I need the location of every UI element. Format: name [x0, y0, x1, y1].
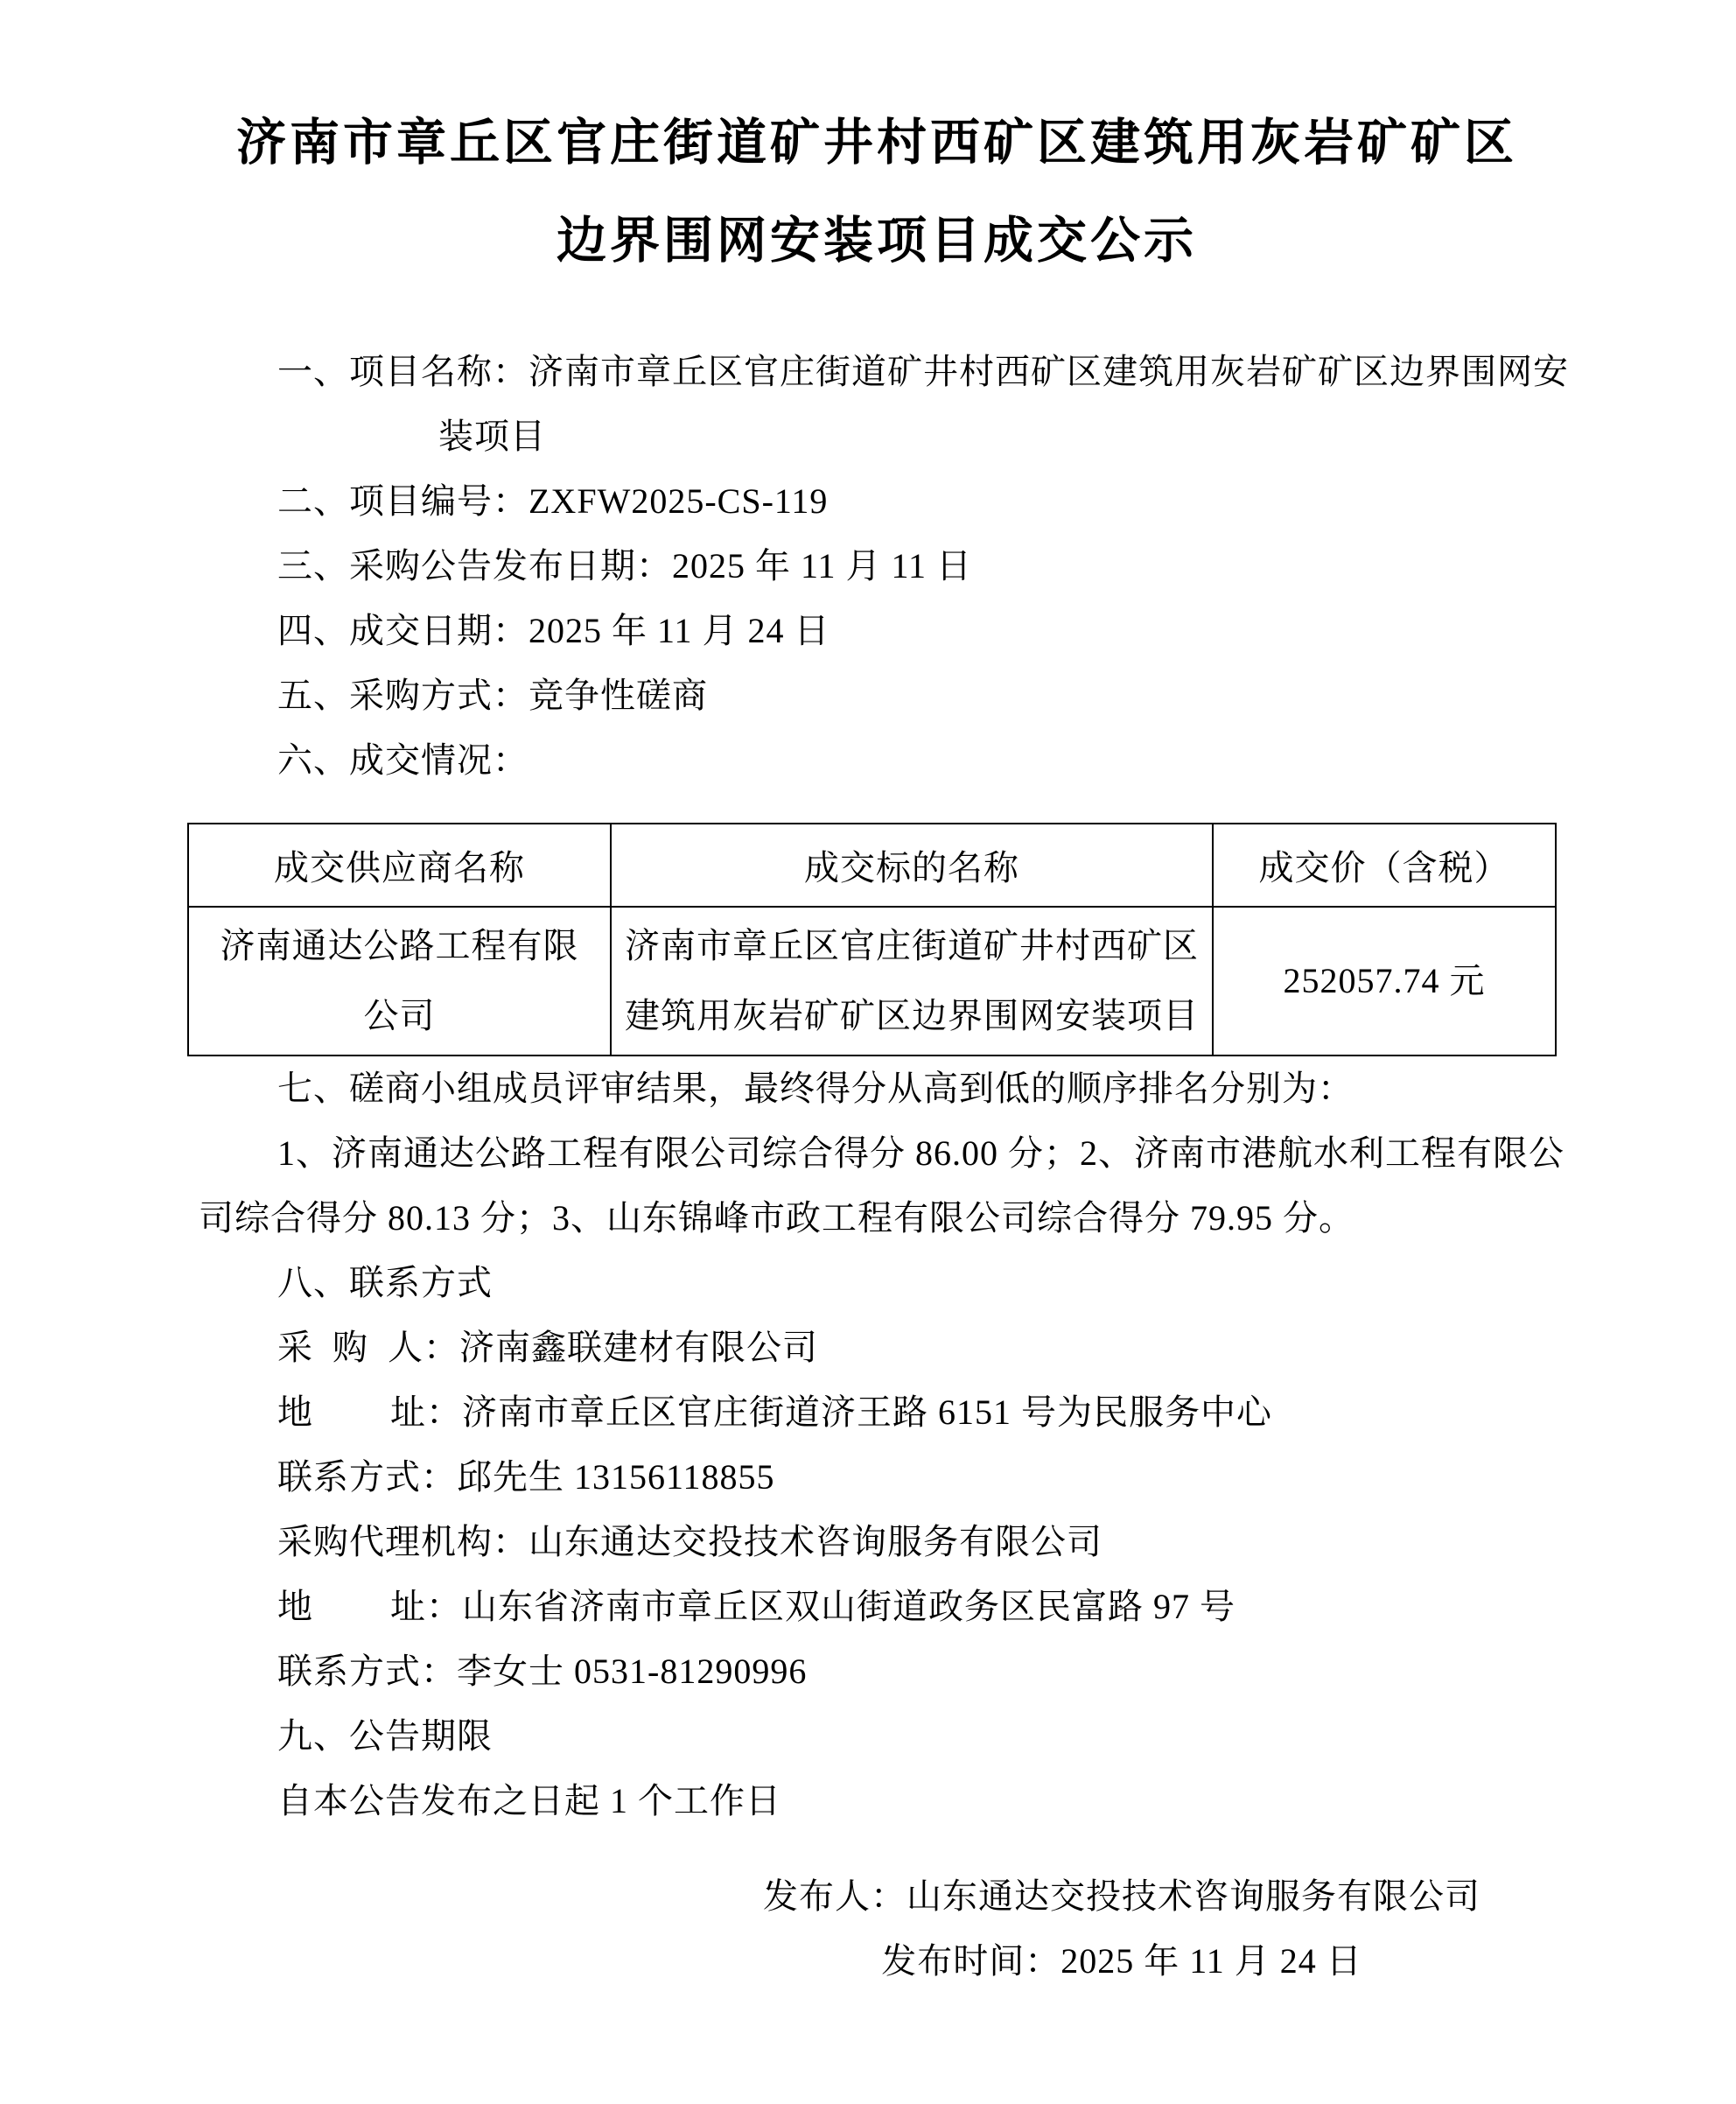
score-ranking-line-1: 1、济南通达公路工程有限公司综合得分 86.00 分；2、济南市港航水利工程有限…	[199, 1121, 1555, 1186]
table-header-supplier: 成交供应商名称	[188, 824, 611, 907]
notice-period-heading: 九、公告期限	[199, 1704, 1555, 1769]
supplier-cell: 济南通达公路工程有限 公司	[188, 907, 611, 1056]
publisher-line: 发布人：山东通达交投技术咨询服务有限公司	[684, 1864, 1559, 1929]
score-ranking-line-2: 司综合得分 80.13 分；3、山东锦峰市政工程有限公司综合得分 79.95 分…	[199, 1186, 1555, 1251]
deal-table-header-row: 成交供应商名称 成交标的名称 成交价（含税）	[188, 824, 1556, 907]
document-title: 济南市章丘区官庄街道矿井村西矿区建筑用灰岩矿矿区 边界围网安装项目成交公示	[199, 95, 1555, 291]
subject-cell: 济南市章丘区官庄街道矿井村西矿区 建筑用灰岩矿矿区边界围网安装项目	[611, 907, 1213, 1056]
deal-table: 成交供应商名称 成交标的名称 成交价（含税） 济南通达公路工程有限 公司 济南市…	[187, 823, 1557, 1056]
table-header-subject: 成交标的名称	[611, 824, 1213, 907]
footer-block: 发布人：山东通达交投技术咨询服务有限公司 发布时间：2025 年 11 月 24…	[684, 1864, 1559, 1994]
body-section-bottom: 七、磋商小组成员评审结果，最终得分从高到低的顺序排名分别为： 1、济南通达公路工…	[199, 1056, 1555, 1834]
document-title-line-1: 济南市章丘区官庄街道矿井村西矿区建筑用灰岩矿矿区	[199, 95, 1555, 193]
document-page: 济南市章丘区官庄街道矿井村西矿区建筑用灰岩矿矿区 边界围网安装项目成交公示 一、…	[0, 0, 1736, 2104]
purchaser-line: 采 购 人：济南鑫联建材有限公司	[199, 1315, 1555, 1380]
agency-line: 采购代理机构：山东通达交投技术咨询服务有限公司	[199, 1510, 1555, 1574]
price-cell: 252057.74 元	[1213, 907, 1556, 1056]
notice-period-line: 自本公告发布之日起 1 个工作日	[199, 1769, 1555, 1834]
procurement-method-line: 五、采购方式：竞争性磋商	[199, 663, 1555, 728]
agency-address-line: 地 址：山东省济南市章丘区双山街道政务区民富路 97 号	[199, 1574, 1555, 1639]
purchaser-address-line: 地 址：济南市章丘区官庄街道济王路 6151 号为民服务中心	[199, 1380, 1555, 1445]
purchaser-contact-line: 联系方式：邱先生 13156118855	[199, 1445, 1555, 1510]
body-section-top: 一、项目名称：济南市章丘区官庄街道矿井村西矿区建筑用灰岩矿矿区边界围网安 装项目…	[199, 340, 1555, 793]
contact-section-heading: 八、联系方式	[199, 1251, 1555, 1315]
project-name-line-2: 装项目	[199, 404, 1555, 469]
table-header-price: 成交价（含税）	[1213, 824, 1556, 907]
deal-date-line: 四、成交日期：2025 年 11 月 24 日	[199, 599, 1555, 663]
review-result-heading: 七、磋商小组成员评审结果，最终得分从高到低的顺序排名分别为：	[199, 1056, 1555, 1121]
deal-table-row: 济南通达公路工程有限 公司 济南市章丘区官庄街道矿井村西矿区 建筑用灰岩矿矿区边…	[188, 907, 1556, 1056]
supplier-cell-line-1: 济南通达公路工程有限	[198, 911, 601, 981]
price-value: 252057.74 元	[1222, 946, 1546, 1016]
subject-cell-line-1: 济南市章丘区官庄街道矿井村西矿区	[620, 911, 1203, 981]
document-title-line-2: 边界围网安装项目成交公示	[199, 193, 1555, 291]
publish-time-line: 发布时间：2025 年 11 月 24 日	[684, 1929, 1559, 1994]
project-number-line: 二、项目编号：ZXFW2025-CS-119	[199, 469, 1555, 534]
project-name-line-1: 一、项目名称：济南市章丘区官庄街道矿井村西矿区建筑用灰岩矿矿区边界围网安	[199, 340, 1555, 404]
deal-result-heading: 六、成交情况：	[199, 728, 1555, 793]
announcement-date-line: 三、采购公告发布日期：2025 年 11 月 11 日	[199, 534, 1555, 599]
subject-cell-line-2: 建筑用灰岩矿矿区边界围网安装项目	[620, 981, 1203, 1051]
document-content: 济南市章丘区官庄街道矿井村西矿区建筑用灰岩矿矿区 边界围网安装项目成交公示 一、…	[0, 0, 1736, 1994]
supplier-cell-line-2: 公司	[198, 981, 601, 1051]
agency-contact-line: 联系方式：李女士 0531-81290996	[199, 1639, 1555, 1704]
